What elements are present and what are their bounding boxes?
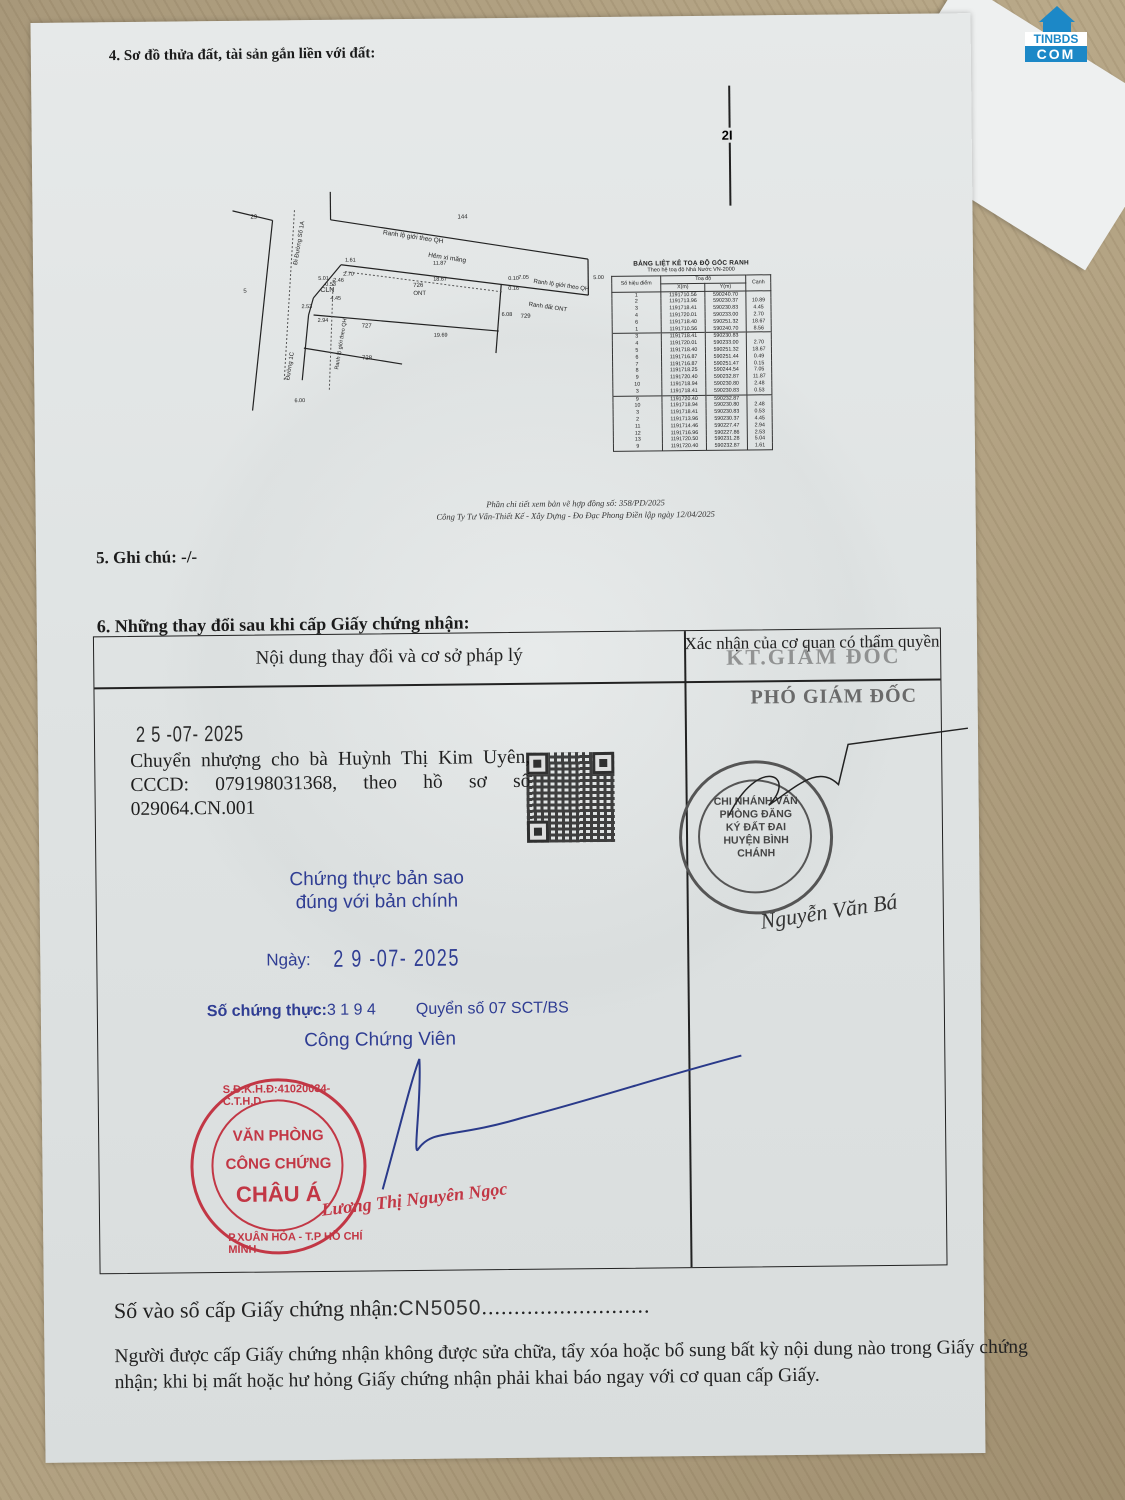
- dimension-label: 18.67: [433, 277, 447, 283]
- label-parcel-726: 726: [413, 283, 424, 289]
- changes-col-header: Nội dung thay đổi và cơ sở pháp lý: [94, 643, 684, 671]
- dimension-label: 4.45: [330, 296, 341, 302]
- change-content: Chuyển nhượng cho bà Huỳnh Thị Kim Uyên,…: [130, 746, 531, 822]
- watermark-logo: TINBDS COM: [1025, 6, 1087, 66]
- table-row: 91191720.40590232.871.61: [613, 442, 772, 451]
- north-arrow-icon: [728, 86, 731, 206]
- cert-number-value: 3 1 9 4: [327, 1001, 376, 1019]
- th-point: Số hiệu điểm: [612, 276, 661, 292]
- registry-signature: [598, 713, 979, 837]
- certification-stamp: Chứng thực bản sao đúng với bản chính: [289, 866, 464, 914]
- change-date: 2 5 -07- 2025: [136, 721, 244, 748]
- label-parcel-29: 29: [251, 215, 258, 221]
- section5-title: 5. Ghi chú: -/-: [96, 547, 197, 568]
- dimension-label: 2.46: [333, 278, 344, 284]
- coord-group: 91191720.40590232.87101191718.94590230.8…: [613, 394, 773, 451]
- cert-line-2: đúng với bản chính: [290, 889, 465, 914]
- confirmation-col-header: Xác nhận của cơ quan có thẩm quyền: [684, 632, 940, 653]
- dimension-label: 0.16: [508, 286, 519, 292]
- label-parcel-727: 727: [362, 323, 373, 329]
- land-plot-diagram: 29 5 144 726 ONT CLN 727 728 729 Ranh lộ…: [232, 187, 614, 416]
- north-label: 2I: [722, 128, 733, 143]
- label-road-top: Đi Đường Số 1A: [293, 221, 306, 266]
- dimension-label: 2.70: [343, 272, 354, 278]
- coord-group: 31191718.41590230.8341191720.01590233.00…: [612, 332, 772, 396]
- coordinate-table: BẢNG LIỆT KÊ TOẠ ĐỘ GÓC RANH Theo hệ toạ…: [611, 259, 773, 452]
- dimension-label: 0.10: [508, 276, 519, 282]
- dimension-label: 11.87: [433, 261, 446, 267]
- dimension-label: 2.53: [301, 304, 312, 310]
- registry-number-value: CN5050: [398, 1296, 481, 1320]
- notary-seal: S.Đ.K.H.Đ:41020034-C.T.H.D VĂN PHÒNG CÔN…: [190, 1078, 368, 1256]
- survey-credit: Phần chi tiết xem bản vẽ hợp đồng số: 35…: [385, 495, 765, 523]
- dimension-label: 19.69: [434, 333, 448, 339]
- label-road-left: Đường 1C: [285, 351, 296, 381]
- section4-title: 4. Sơ đồ thửa đất, tài sản gắn liền với …: [109, 45, 376, 65]
- watermark-line1: TINBDS: [1025, 32, 1087, 46]
- cert-number: Số chứng thực:3 1 9 4: [207, 1001, 376, 1021]
- watermark-line2: COM: [1025, 46, 1087, 62]
- dimension-label: 2.94: [318, 318, 329, 324]
- notary-seal-line-2: CÔNG CHỨNG: [193, 1155, 363, 1174]
- label-parcel-5: 5: [243, 289, 247, 295]
- label-parcel-728: 728: [362, 355, 373, 361]
- warning-text: Người được cấp Giấy chứng nhận không đượ…: [114, 1334, 1044, 1396]
- coord-group: 11191710.56590240.7021191713.96590230.37…: [612, 290, 771, 333]
- signature-strokes: [341, 1034, 903, 1240]
- credit-line-2: Công Ty Tư Vấn-Thiết Kế - Xây Dựng - Đo …: [386, 507, 766, 523]
- cert-book-value: 07 SCT/BS: [489, 999, 569, 1017]
- dimension-label: 6.00: [294, 398, 305, 404]
- dimension-label: 6.08: [502, 312, 513, 318]
- certificate-page: 4. Sơ đồ thửa đất, tài sản gắn liền với …: [30, 13, 985, 1463]
- label-land-use: ONT: [413, 291, 426, 297]
- qr-finder: [527, 821, 549, 843]
- cert-date-label: Ngày:: [266, 950, 311, 970]
- cert-date-value: 2 9 -07- 2025: [333, 945, 460, 974]
- registry-number: Số vào sổ cấp Giấy chứng nhận:CN5050....…: [114, 1293, 651, 1325]
- dimension-label: 5.00: [593, 275, 604, 281]
- signer-title: PHÓ GIÁM ĐỐC: [750, 685, 917, 710]
- dimension-label: 1.61: [345, 258, 356, 264]
- th-length: Cạnh: [746, 275, 771, 291]
- cert-line-1: Chứng thực bản sao: [289, 866, 464, 891]
- cert-number-label: Số chứng thực:: [207, 1002, 327, 1020]
- label-boundary-left: Ranh lộ giới theo QH: [334, 318, 348, 370]
- cert-book-label: Quyển số: [416, 1000, 485, 1018]
- notary-seal-line-1: VĂN PHÒNG: [193, 1127, 363, 1146]
- label-boundary-right: Ranh lộ giới theo QH: [533, 279, 590, 293]
- cert-book: Quyển số 07 SCT/BS: [416, 999, 569, 1019]
- label-parcel-144: 144: [458, 214, 469, 220]
- label-boundary-land: Ranh đất ONT: [528, 302, 567, 314]
- coord-table-grid: Số hiệu điểm Toạ độ Cạnh X(m) Y(m) 11191…: [611, 274, 773, 452]
- qr-finder: [526, 753, 548, 775]
- label-parcel-729: 729: [521, 314, 532, 320]
- registry-number-dots: ..........................: [481, 1293, 650, 1320]
- dimension-label: 7.05: [518, 275, 529, 281]
- label-boundary-top: Ranh lộ giới theo QH: [382, 229, 444, 245]
- registry-number-label: Số vào sổ cấp Giấy chứng nhận:: [114, 1295, 399, 1323]
